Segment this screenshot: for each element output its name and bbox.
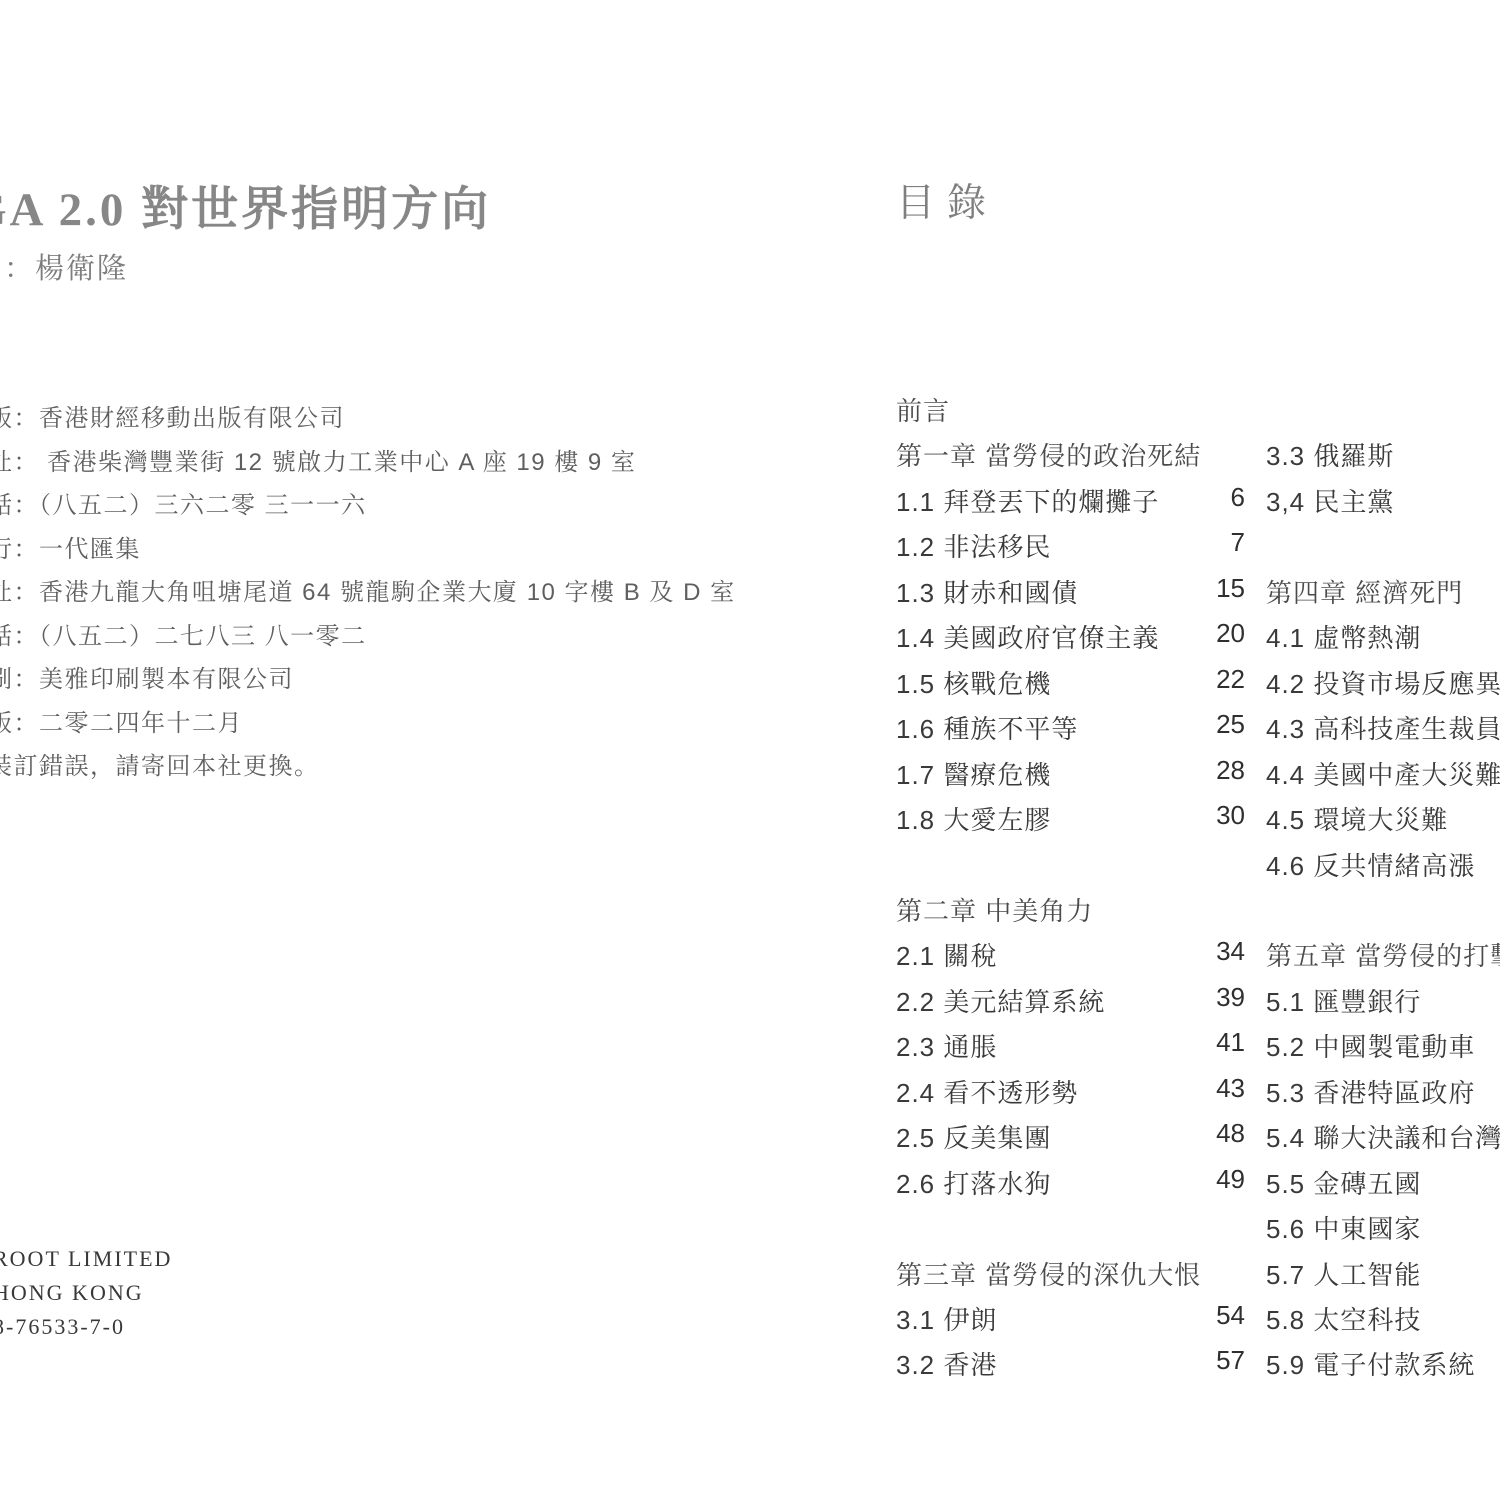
toc-entry-label: 2.2 美元結算系統 — [896, 982, 1105, 1019]
toc-entry: 1.6 種族不平等25 — [896, 709, 1245, 743]
toc-entry-label: 3.3 俄羅斯 — [1266, 436, 1394, 473]
toc-entry: 1.4 美國政府官僚主義20 — [896, 618, 1245, 652]
toc-entry-label: 4.2 投資市場反應異常 — [1266, 664, 1500, 701]
toc-entry-label: 4.3 高科技產生裁員失 — [1266, 709, 1500, 746]
toc-entry: 1.8 大愛左膠30 — [896, 800, 1245, 834]
toc-entry-label: 4.4 美國中產大災難 — [1266, 755, 1500, 792]
toc-entry-label: 4.6 反共情緒高漲 — [1266, 846, 1475, 883]
toc-entry: 1.7 醫療危機28 — [896, 755, 1245, 789]
toc-chapter-heading: 第四章 經濟死門 — [1266, 573, 1500, 607]
toc-entry: 5.7 人工智能 — [1266, 1255, 1500, 1289]
toc-page-number: 54 — [1216, 1300, 1245, 1331]
toc-entry-label: 1.6 種族不平等 — [896, 709, 1078, 746]
toc-entry: 3.2 香港57 — [896, 1345, 1245, 1379]
toc-entry: 5.6 中東國家 — [1266, 1209, 1500, 1243]
publisher-info-line: 話：（八五二）三六二零 三一一六 — [0, 485, 367, 520]
toc-entry: 2.6 打落水狗49 — [896, 1164, 1245, 1198]
toc-entry-label: 3.2 香港 — [896, 1345, 997, 1382]
toc-title: 目錄 — [896, 172, 998, 228]
toc-entry-label: 第四章 經濟死門 — [1266, 573, 1463, 610]
toc-entry-label: 5.4 聯大決議和台灣協 — [1266, 1118, 1500, 1155]
toc-entry: 5.3 香港特區政府 — [1266, 1073, 1500, 1107]
toc-entry-label: 2.3 通脹 — [896, 1027, 997, 1064]
toc-entry: 5.1 匯豐銀行 — [1266, 982, 1500, 1016]
toc-entry: 2.4 看不透形勢43 — [896, 1073, 1245, 1107]
toc-chapter-heading: 第三章 當勞侵的深仇大恨 — [896, 1255, 1245, 1289]
toc-entry: 5.4 聯大決議和台灣協 — [1266, 1118, 1500, 1152]
book-title: GA 2.0 對世界指明方向 — [0, 172, 491, 239]
author-line: ：楊衛隆 — [4, 246, 128, 287]
toc-entry-label: 2.4 看不透形勢 — [896, 1073, 1078, 1110]
toc-entry: 5.5 金磚五國 — [1266, 1164, 1500, 1198]
toc-entry-label: 3.1 伊朗 — [896, 1300, 997, 1337]
toc-entry-label: 2.1 關稅 — [896, 936, 997, 973]
toc-entry-label: 5.2 中國製電動車 — [1266, 1027, 1475, 1064]
toc-entry-label: 1.8 大愛左膠 — [896, 800, 1051, 837]
toc-page-number: 48 — [1216, 1118, 1245, 1149]
toc-chapter-heading: 第五章 當勞侵的打擊 — [1266, 936, 1500, 970]
publisher-info-line: 行：一代匯集 — [0, 529, 141, 564]
toc-entry-label: 1.5 核戰危機 — [896, 664, 1051, 701]
toc-entry: 5.8 太空科技 — [1266, 1300, 1500, 1334]
toc-page-number: 15 — [1216, 573, 1245, 604]
publisher-info-line: 址：香港九龍大角咀塘尾道 64 號龍駒企業大廈 10 字樓 B 及 D 室 — [0, 572, 736, 607]
toc-entry: 3,4 民主黨 — [1266, 482, 1500, 516]
toc-page-number: 57 — [1216, 1345, 1245, 1376]
toc-entry: 4.3 高科技產生裁員失 — [1266, 709, 1500, 743]
publisher-info-line: 址： 香港柴灣豐業街 12 號啟力工業中心 A 座 19 樓 9 室 — [0, 442, 636, 477]
toc-entry-label: 1.4 美國政府官僚主義 — [896, 618, 1159, 655]
toc-entry-label: 5.9 電子付款系統 — [1266, 1345, 1475, 1382]
toc-entry: 4.2 投資市場反應異常 — [1266, 664, 1500, 698]
toc-entry-label: 第三章 當勞侵的深仇大恨 — [896, 1255, 1201, 1292]
toc-entry: 4.5 環境大災難 — [1266, 800, 1500, 834]
toc-entry-label: 1.3 財赤和國債 — [896, 573, 1078, 610]
toc-entry: 1.1 拜登丟下的爛攤子6 — [896, 482, 1245, 516]
toc-entry-label: 5.1 匯豐銀行 — [1266, 982, 1421, 1019]
toc-entry: 1.5 核戰危機22 — [896, 664, 1245, 698]
toc-entry: 2.1 關稅34 — [896, 936, 1245, 970]
toc-entry: 4.4 美國中產大災難 — [1266, 755, 1500, 789]
toc-entry: 5.9 電子付款系統 — [1266, 1345, 1500, 1379]
toc-chapter-heading: 前言 — [896, 391, 1245, 425]
publisher-info-line: 版：二零二四年十二月 — [0, 703, 243, 738]
toc-page-number: 34 — [1216, 936, 1245, 967]
imprint-line: ROOT LIMITED — [0, 1246, 172, 1272]
toc-page-number: 6 — [1231, 482, 1245, 513]
toc-entry-label: 5.6 中東國家 — [1266, 1209, 1421, 1246]
imprint-line: 8-76533-7-0 — [0, 1314, 125, 1340]
toc-page-number: 30 — [1216, 800, 1245, 831]
toc-entry-label: 1.2 非法移民 — [896, 527, 1051, 564]
toc-page-number: 43 — [1216, 1073, 1245, 1104]
toc-entry: 2.2 美元結算系統39 — [896, 982, 1245, 1016]
toc-entry: 1.2 非法移民7 — [896, 527, 1245, 561]
toc-page-number: 28 — [1216, 755, 1245, 786]
book-spread: GA 2.0 對世界指明方向 ：楊衛隆 版：香港財經移動出版有限公司址： 香港柴… — [0, 0, 1500, 1500]
publisher-info-line: 裝訂錯誤，請寄回本社更換。 — [0, 746, 320, 781]
toc-page-number: 22 — [1216, 664, 1245, 695]
imprint-line: HONG KONG — [0, 1280, 144, 1306]
toc-chapter-heading: 第二章 中美角力 — [896, 891, 1245, 925]
toc-page-number: 25 — [1216, 709, 1245, 740]
toc-entry-label: 前言 — [896, 391, 950, 428]
toc-entry: 1.3 財赤和國債15 — [896, 573, 1245, 607]
toc-entry-label: 5.8 太空科技 — [1266, 1300, 1421, 1337]
toc-page-number: 20 — [1216, 618, 1245, 649]
toc-entry: 3.1 伊朗54 — [896, 1300, 1245, 1334]
toc-entry: 2.3 通脹41 — [896, 1027, 1245, 1061]
publisher-info-line: 版：香港財經移動出版有限公司 — [0, 398, 345, 433]
toc-entry-label: 2.5 反美集團 — [896, 1118, 1051, 1155]
toc-entry: 2.5 反美集團48 — [896, 1118, 1245, 1152]
toc-entry: 5.2 中國製電動車 — [1266, 1027, 1500, 1061]
toc-page-number: 41 — [1216, 1027, 1245, 1058]
toc-entry-label: 3,4 民主黨 — [1266, 482, 1394, 519]
toc-entry-label: 5.5 金磚五國 — [1266, 1164, 1421, 1201]
toc-entry-label: 4.5 環境大災難 — [1266, 800, 1448, 837]
toc-entry-label: 第一章 當勞侵的政治死結 — [896, 436, 1201, 473]
toc-entry-label: 第五章 當勞侵的打擊 — [1266, 936, 1500, 973]
publisher-info-line: 刷：美雅印刷製本有限公司 — [0, 659, 294, 694]
toc-entry: 4.6 反共情緒高漲 — [1266, 846, 1500, 880]
toc-entry: 3.3 俄羅斯 — [1266, 436, 1500, 470]
toc-entry-label: 1.7 醫療危機 — [896, 755, 1051, 792]
publisher-info-line: 話：（八五二）二七八三 八一零二 — [0, 616, 367, 651]
toc-entry-label: 2.6 打落水狗 — [896, 1164, 1051, 1201]
toc-entry-label: 5.3 香港特區政府 — [1266, 1073, 1475, 1110]
toc-entry: 4.1 虛幣熱潮 — [1266, 618, 1500, 652]
toc-page-number: 7 — [1231, 527, 1245, 558]
toc-chapter-heading: 第一章 當勞侵的政治死結 — [896, 436, 1245, 470]
toc-page-number: 49 — [1216, 1164, 1245, 1195]
toc-page-number: 39 — [1216, 982, 1245, 1013]
toc-entry-label: 第二章 中美角力 — [896, 891, 1093, 928]
toc-entry-label: 1.1 拜登丟下的爛攤子 — [896, 482, 1159, 519]
toc-entry-label: 4.1 虛幣熱潮 — [1266, 618, 1421, 655]
toc-entry-label: 5.7 人工智能 — [1266, 1255, 1421, 1292]
